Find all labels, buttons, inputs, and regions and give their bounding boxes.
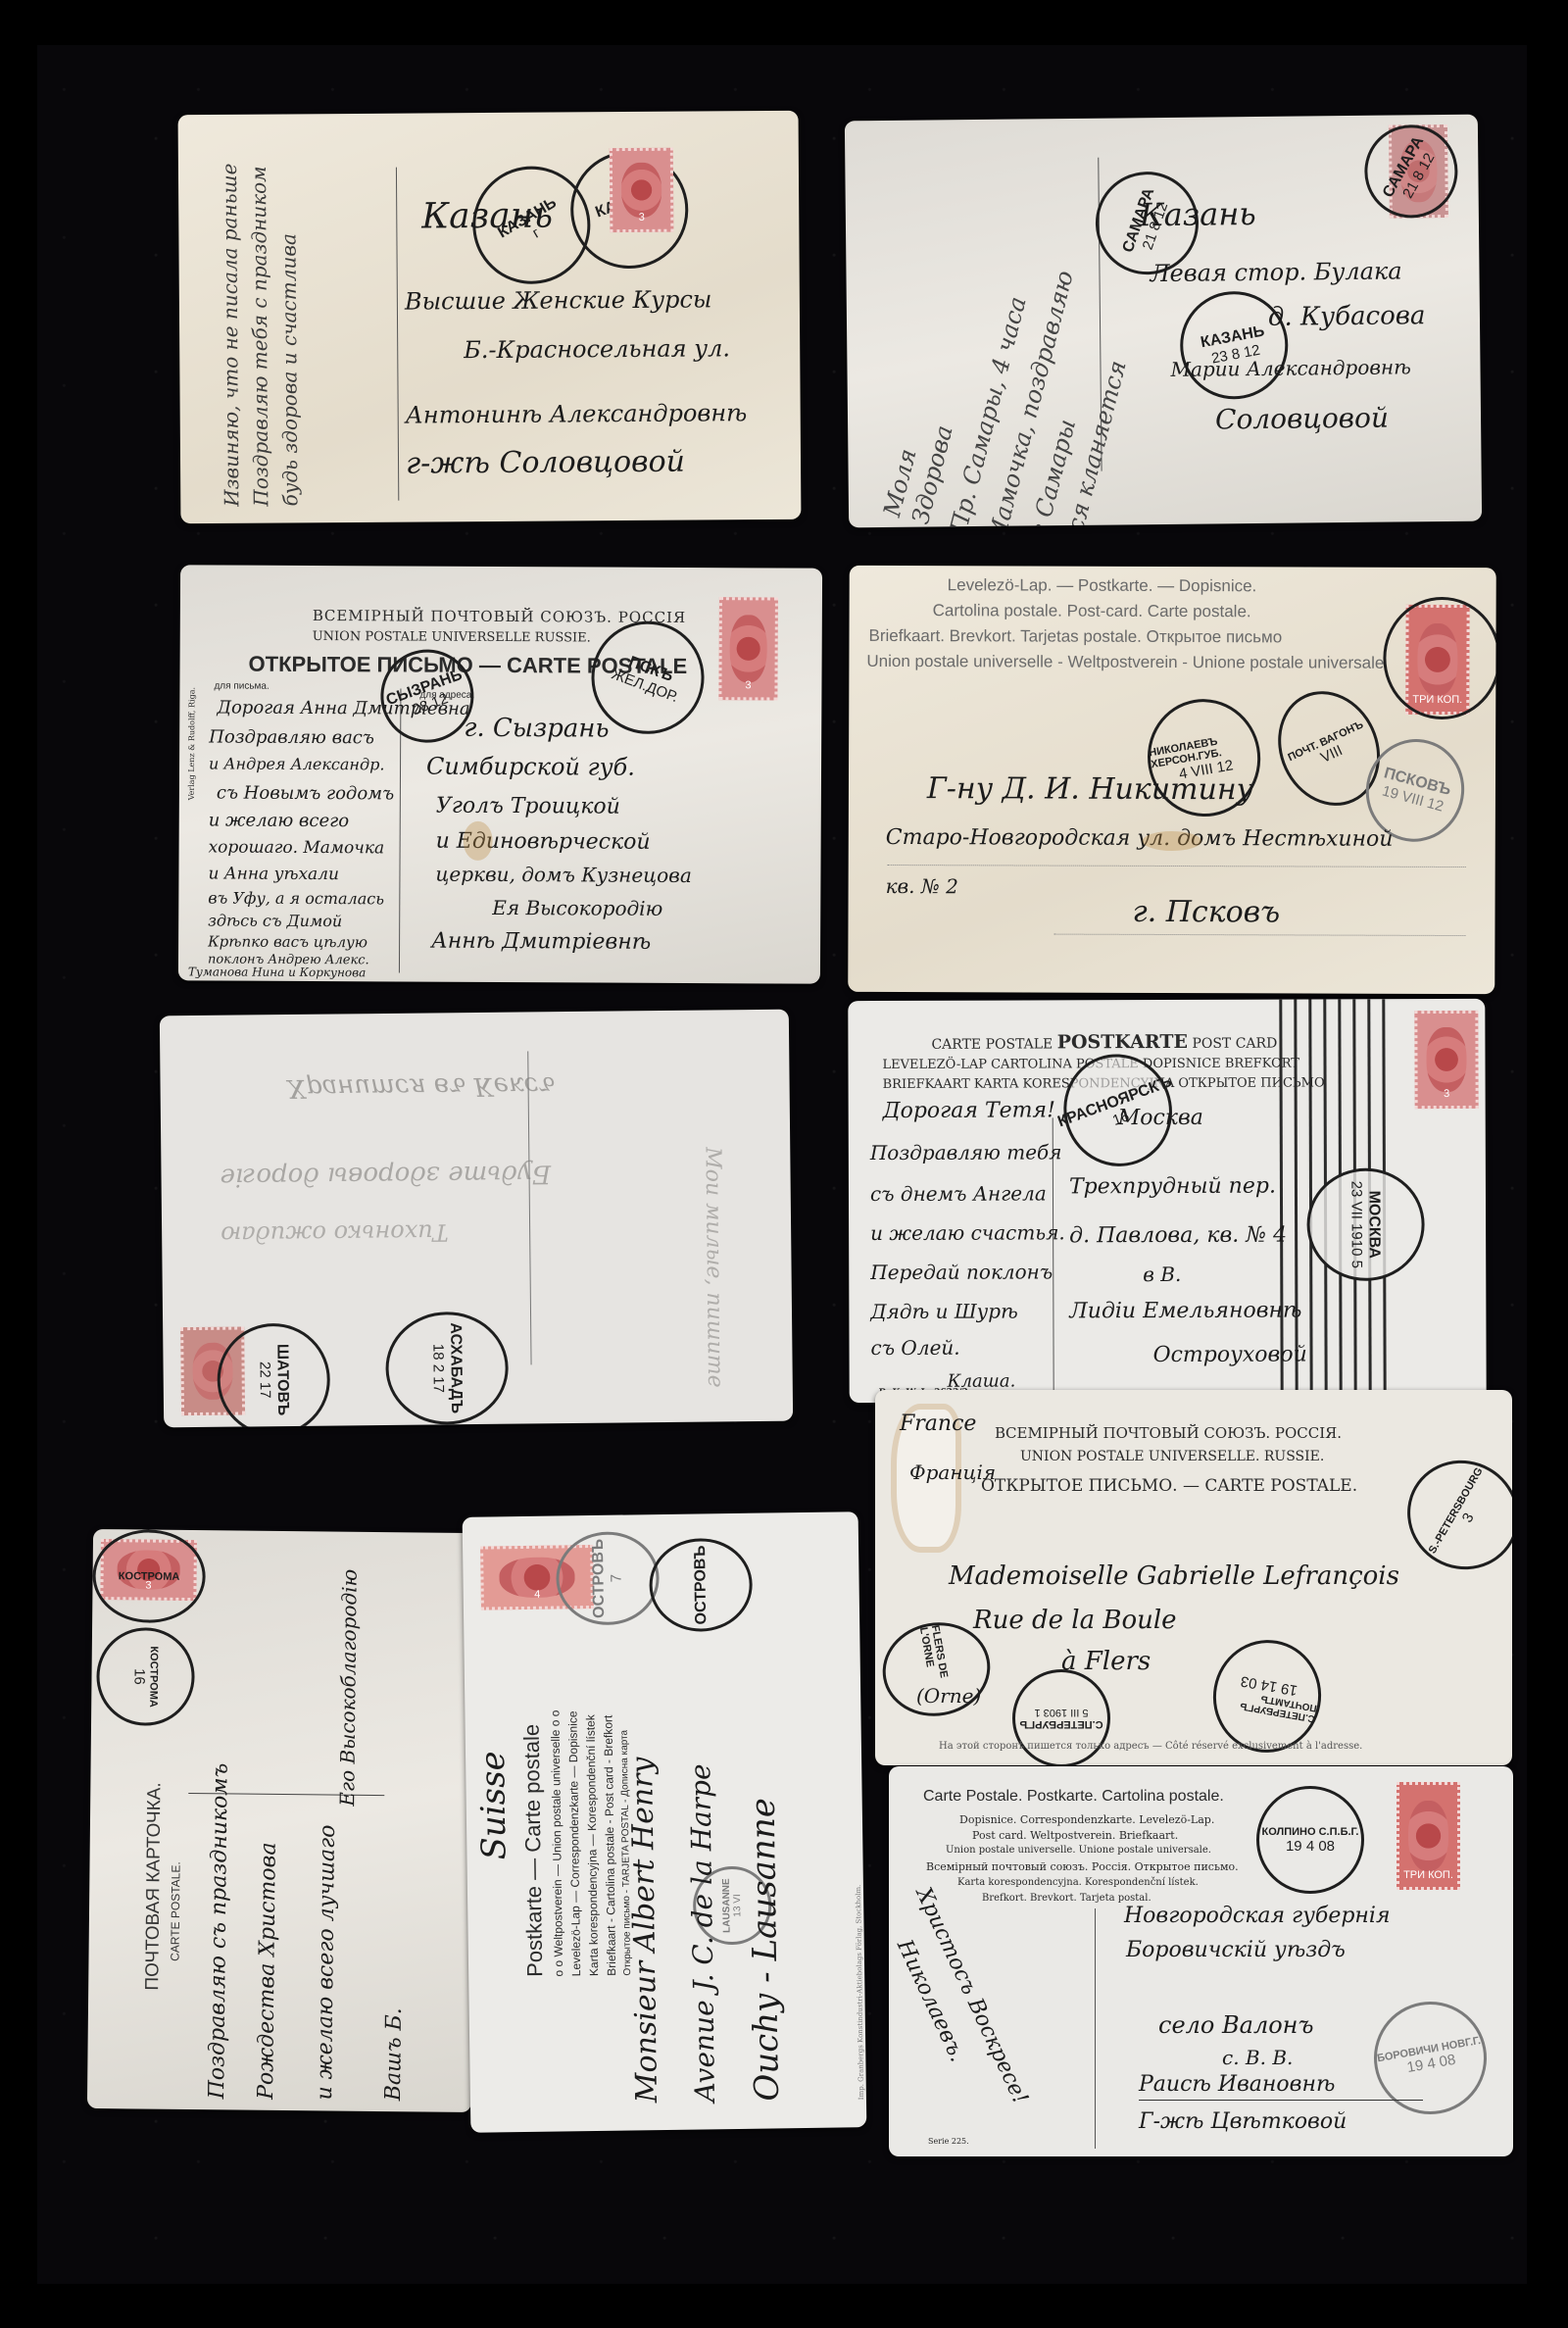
printed-header: Levelezö-Lap. — Postkarte. — Dopisnice. [948, 575, 1257, 596]
address-line: г. Псковъ [1132, 895, 1280, 930]
address-line: Остроуховой [1153, 1343, 1307, 1368]
address-line: Левая стор. Булака [1150, 257, 1401, 287]
address-city: Казань [421, 196, 553, 237]
message-line: и Андрея Александр. [209, 754, 385, 773]
address-line: Соловцовой [1215, 402, 1389, 436]
printed-title: ПОЧТОВАЯ КАРТОЧКА. [142, 1782, 166, 1991]
message-line: и желаю счастья. [870, 1220, 1065, 1245]
address-line: Высшие Женские Курсы [405, 285, 712, 315]
postmark [1383, 597, 1496, 719]
message-line: Поздравляю тебя [870, 1140, 1062, 1164]
printed-header: Levelezö-Lap — Correspondenzkarte — Dopi… [565, 1710, 583, 1976]
address-line: Monsieur Albert Henry [625, 1757, 664, 2103]
address-line: Марии Александровнѣ [1170, 355, 1411, 381]
address-line: д. Павлова, кв. № 4 [1069, 1223, 1287, 1249]
address-line: Rue de la Boule [973, 1606, 1177, 1635]
address-line: Уголъ Троицкой [436, 794, 620, 819]
postmark: САМАРА21 8 12 [1347, 115, 1474, 235]
address-line: Трехпрудный пер. [1069, 1174, 1276, 1200]
postmark: КОЛПИНО С.П.Б.Г.19 4 08 [1256, 1786, 1364, 1894]
printed-header: o o Weltpostverein — Union postale unive… [548, 1710, 565, 1977]
message-line: Крѣпко васъ цѣлую [208, 932, 367, 951]
country-line: France [900, 1412, 976, 1436]
series-number: Serie 225. [928, 2137, 969, 2146]
postmark: ШАТОВЪ22 17 [217, 1323, 330, 1428]
foxing-stain [464, 821, 493, 861]
message-line: и желаю всего лучшаго [313, 1824, 340, 2100]
printed-header: Post card. Weltpostverein. Briefkaart. [972, 1829, 1178, 1842]
postcard-kazan-solovtsova: Извиняю, что не писала раньше Поздравляю… [178, 111, 802, 523]
message-line: съ Новымъ годомъ [217, 782, 394, 804]
printed-header: Dopisnice. Correspondenzkarte. Levelezö-… [959, 1813, 1214, 1826]
address-line: Москва [1118, 1106, 1203, 1130]
address-line: Ея Высокородію [492, 896, 662, 920]
printed-header: Brefkort. Brevkort. Tarjeta postal. [982, 1893, 1151, 1904]
postcard-syzran: ВСЕМІРНЫЙ ПОЧТОВЫЙ СОЮЗЪ. РОССІЯ UNION P… [178, 565, 822, 983]
postcard-pskov-nikitin: Levelezö-Lap. — Postkarte. — Dopisnice. … [848, 566, 1496, 994]
left-label: для письма. [214, 680, 269, 691]
address-city: Казань [1140, 195, 1256, 233]
address-line: с. В. В. [1222, 2046, 1293, 2069]
printed-header: Karta korespondencyjna. Korespondenční l… [957, 1877, 1199, 1888]
address-line: Б.-Красносельная ул. [464, 334, 730, 364]
publisher-imprint: Verlag Lenz & Rudolff, Riga. [187, 687, 197, 800]
address-line: кв. № 2 [886, 874, 958, 898]
address-line: Симбирской губ. [426, 753, 635, 781]
printed-header: Cartolina postale. Post-card. Carte post… [933, 601, 1251, 621]
address-line: Раисѣ Ивановнѣ [1139, 2072, 1335, 2097]
postmark: МОСКВА23 VII 1910 5 [1306, 1168, 1424, 1281]
postage-stamp: 3 [718, 597, 778, 700]
address-line: д. Кубасова [1268, 301, 1426, 332]
message-line: Передай поклонъ [870, 1260, 1053, 1284]
postmark: БОРОВИЧИ НОВГ.Г.19 4 08 [1365, 1993, 1495, 2123]
postmark: КАЗАНЬ23 8 12 [1171, 282, 1297, 408]
postcard-lausanne-henry: 4 ОСТРОВЪ7 ОСТРОВЪ LAUSANNE13 VI Postkar… [463, 1511, 867, 2133]
printed-header: UNION POSTALE UNIVERSELLE. RUSSIE. [1020, 1449, 1324, 1464]
printed-title: ОТКРЫТОЕ ПИСЬМО. — CARTE POSTALE. [981, 1476, 1357, 1496]
message-line: Поздравляю съ праздникомъ [205, 1763, 233, 2100]
address-line: Боровичскій уѣздъ [1126, 1938, 1346, 1962]
printed-header: Union postale universelle - Weltpostvere… [866, 652, 1384, 673]
postmark: ОСТРОВЪ7 [556, 1531, 660, 1625]
postcard-borovichi-tsvetkova: Carte Postale. Postkarte. Cartolina post… [889, 1766, 1513, 2156]
address-line: Старо-Новгородская ул. домъ Нестѣхиной [886, 825, 1394, 852]
printed-header: CARTE POSTALE POSTKARTE POST CARD [931, 1031, 1277, 1054]
message-line: и желаю всего [209, 810, 349, 831]
message-line: Извиняю, что не писала раньше [218, 164, 243, 507]
postage-stamp: 3 [1414, 1011, 1478, 1109]
message-line: будь здорова и счастлива [276, 233, 302, 506]
printed-header: ВСЕМІРНЫЙ ПОЧТОВЫЙ СОЮЗЪ. РОССІЯ. [995, 1424, 1342, 1442]
printed-subtitle: CARTE POSTALE. [168, 1861, 182, 1961]
address-line: в В. [1143, 1263, 1181, 1286]
postage-stamp: 3 [610, 148, 674, 232]
message-line: Его Высокоблагородію [335, 1569, 362, 1807]
address-line: Новгородская губернія [1124, 1904, 1391, 1928]
postage-stamp: ТРИ КОП. [1396, 1782, 1460, 1890]
message-line: Рождества Христова [254, 1842, 281, 2100]
address-line: Г-ну Д. И. Никитину [927, 771, 1253, 807]
bleed-through-text: Мои милые, пишите [701, 1147, 728, 1388]
printed-header: Briefkaart - Cartolina postale - Post ca… [601, 1715, 618, 1976]
message-line: въ Уфу, а я осталась [208, 888, 384, 908]
postmark: ОСТРОВЪ [649, 1538, 753, 1632]
postmark: КОСТРОМА [92, 1529, 206, 1623]
message-line: Поздравляю тебя с праздником [247, 166, 272, 507]
message-line: и Анна уѣхали [208, 864, 339, 884]
divider-line [396, 168, 399, 501]
address-rule [888, 865, 1466, 868]
printed-header: Briefkaart. Brevkort. Tarjetas postale. … [868, 626, 1282, 647]
postcard-kostroma: 3 КОСТРОМА КОСТРОМА16 ПОЧТОВАЯ КАРТОЧКА.… [87, 1529, 477, 2112]
address-line: церкви, домъ Кузнецова [435, 863, 691, 887]
message-line: Дорогая Тетя! [883, 1098, 1055, 1123]
printed-header: Carte Postale. Postkarte. Cartolina post… [923, 1788, 1224, 1806]
message-line: Поздравляю васъ [209, 726, 374, 748]
postmark: КОСТРОМА16 [96, 1627, 195, 1726]
address-rule [1139, 2100, 1423, 2102]
postcard-flers-lefrancois: France Францiя ВСЕМІРНЫЙ ПОЧТОВЫЙ СОЮЗЪ.… [875, 1390, 1512, 1765]
printed-header: Karta korespondencyjna — Korespondenční … [583, 1714, 601, 1976]
printed-header: UNION POSTALE UNIVERSELLE RUSSIE. [313, 629, 591, 645]
printed-header: Union postale universelle. Unione postal… [946, 1845, 1211, 1856]
address-line: Suisse [473, 1751, 514, 1860]
address-line: Лидіи Емельяновнѣ [1069, 1299, 1301, 1324]
foxing-stain [1143, 831, 1201, 851]
postcard-reverse-ashkhabad: Хранится въ Кексъ Будьте здоровы дорогіе… [160, 1010, 793, 1428]
message-line: здѣсь съ Димой [208, 911, 342, 930]
bleed-through-text: Тихонько ожидаю [220, 1218, 449, 1248]
address-line: Avenue J. C. de la Harpe [684, 1763, 721, 2102]
message-line: съ Олей. [870, 1336, 959, 1360]
publisher-imprint: Imp. Granbergs Konstindustri-Aktiebolags… [855, 1885, 865, 2101]
postcard-moscow-ostroukhova: CARTE POSTALE POSTKARTE POST CARD LEVELE… [848, 999, 1486, 1403]
message-line: Вашъ Б. [381, 2007, 407, 2101]
address-line: село Валонъ [1158, 2011, 1313, 2039]
printed-header: Postkarte — Carte postale [519, 1724, 549, 1977]
postmark: S.-PETERSBOURG3 [1388, 1440, 1512, 1590]
address-line: Г-жѣ Цвѣтковой [1139, 2109, 1347, 2134]
printed-header: Всемірный почтовый союзъ. Россія. Открыт… [926, 1860, 1239, 1873]
address-line: Аннѣ Дмитріевнѣ [431, 929, 651, 955]
address-line: Mademoiselle Gabrielle Lefrançois [949, 1561, 1399, 1591]
printed-footer: На этой сторонѣ пишется только адресъ — … [939, 1741, 1362, 1752]
address-line: г-жѣ Соловцовой [406, 445, 685, 481]
message-line: хорошаго. Мамочка [209, 837, 385, 858]
postmark: АСХАБАДЪ18 2 17 [385, 1312, 509, 1425]
address-line: Ouchy - Lausanne [744, 1798, 787, 2102]
message-line: съ днемъ Ангела [870, 1181, 1047, 1206]
message-line: Дядѣ и Шурѣ [870, 1300, 1017, 1324]
address-line: Антонинѣ Александровнѣ [406, 399, 748, 428]
divider-line [1095, 1908, 1096, 2149]
bleed-through-text: Хранится въ Кексъ [287, 1070, 555, 1103]
bleed-through-text: Будьте здоровы дорогіе [220, 1159, 551, 1192]
address-line: г. Сызрань [464, 714, 610, 744]
postcard-samara-kazan: Уз Самары Вася кланяется Мамочка, поздра… [845, 115, 1482, 528]
address-rule [1053, 934, 1465, 937]
message-line: Туманова Нина и Коркунова [188, 965, 366, 979]
